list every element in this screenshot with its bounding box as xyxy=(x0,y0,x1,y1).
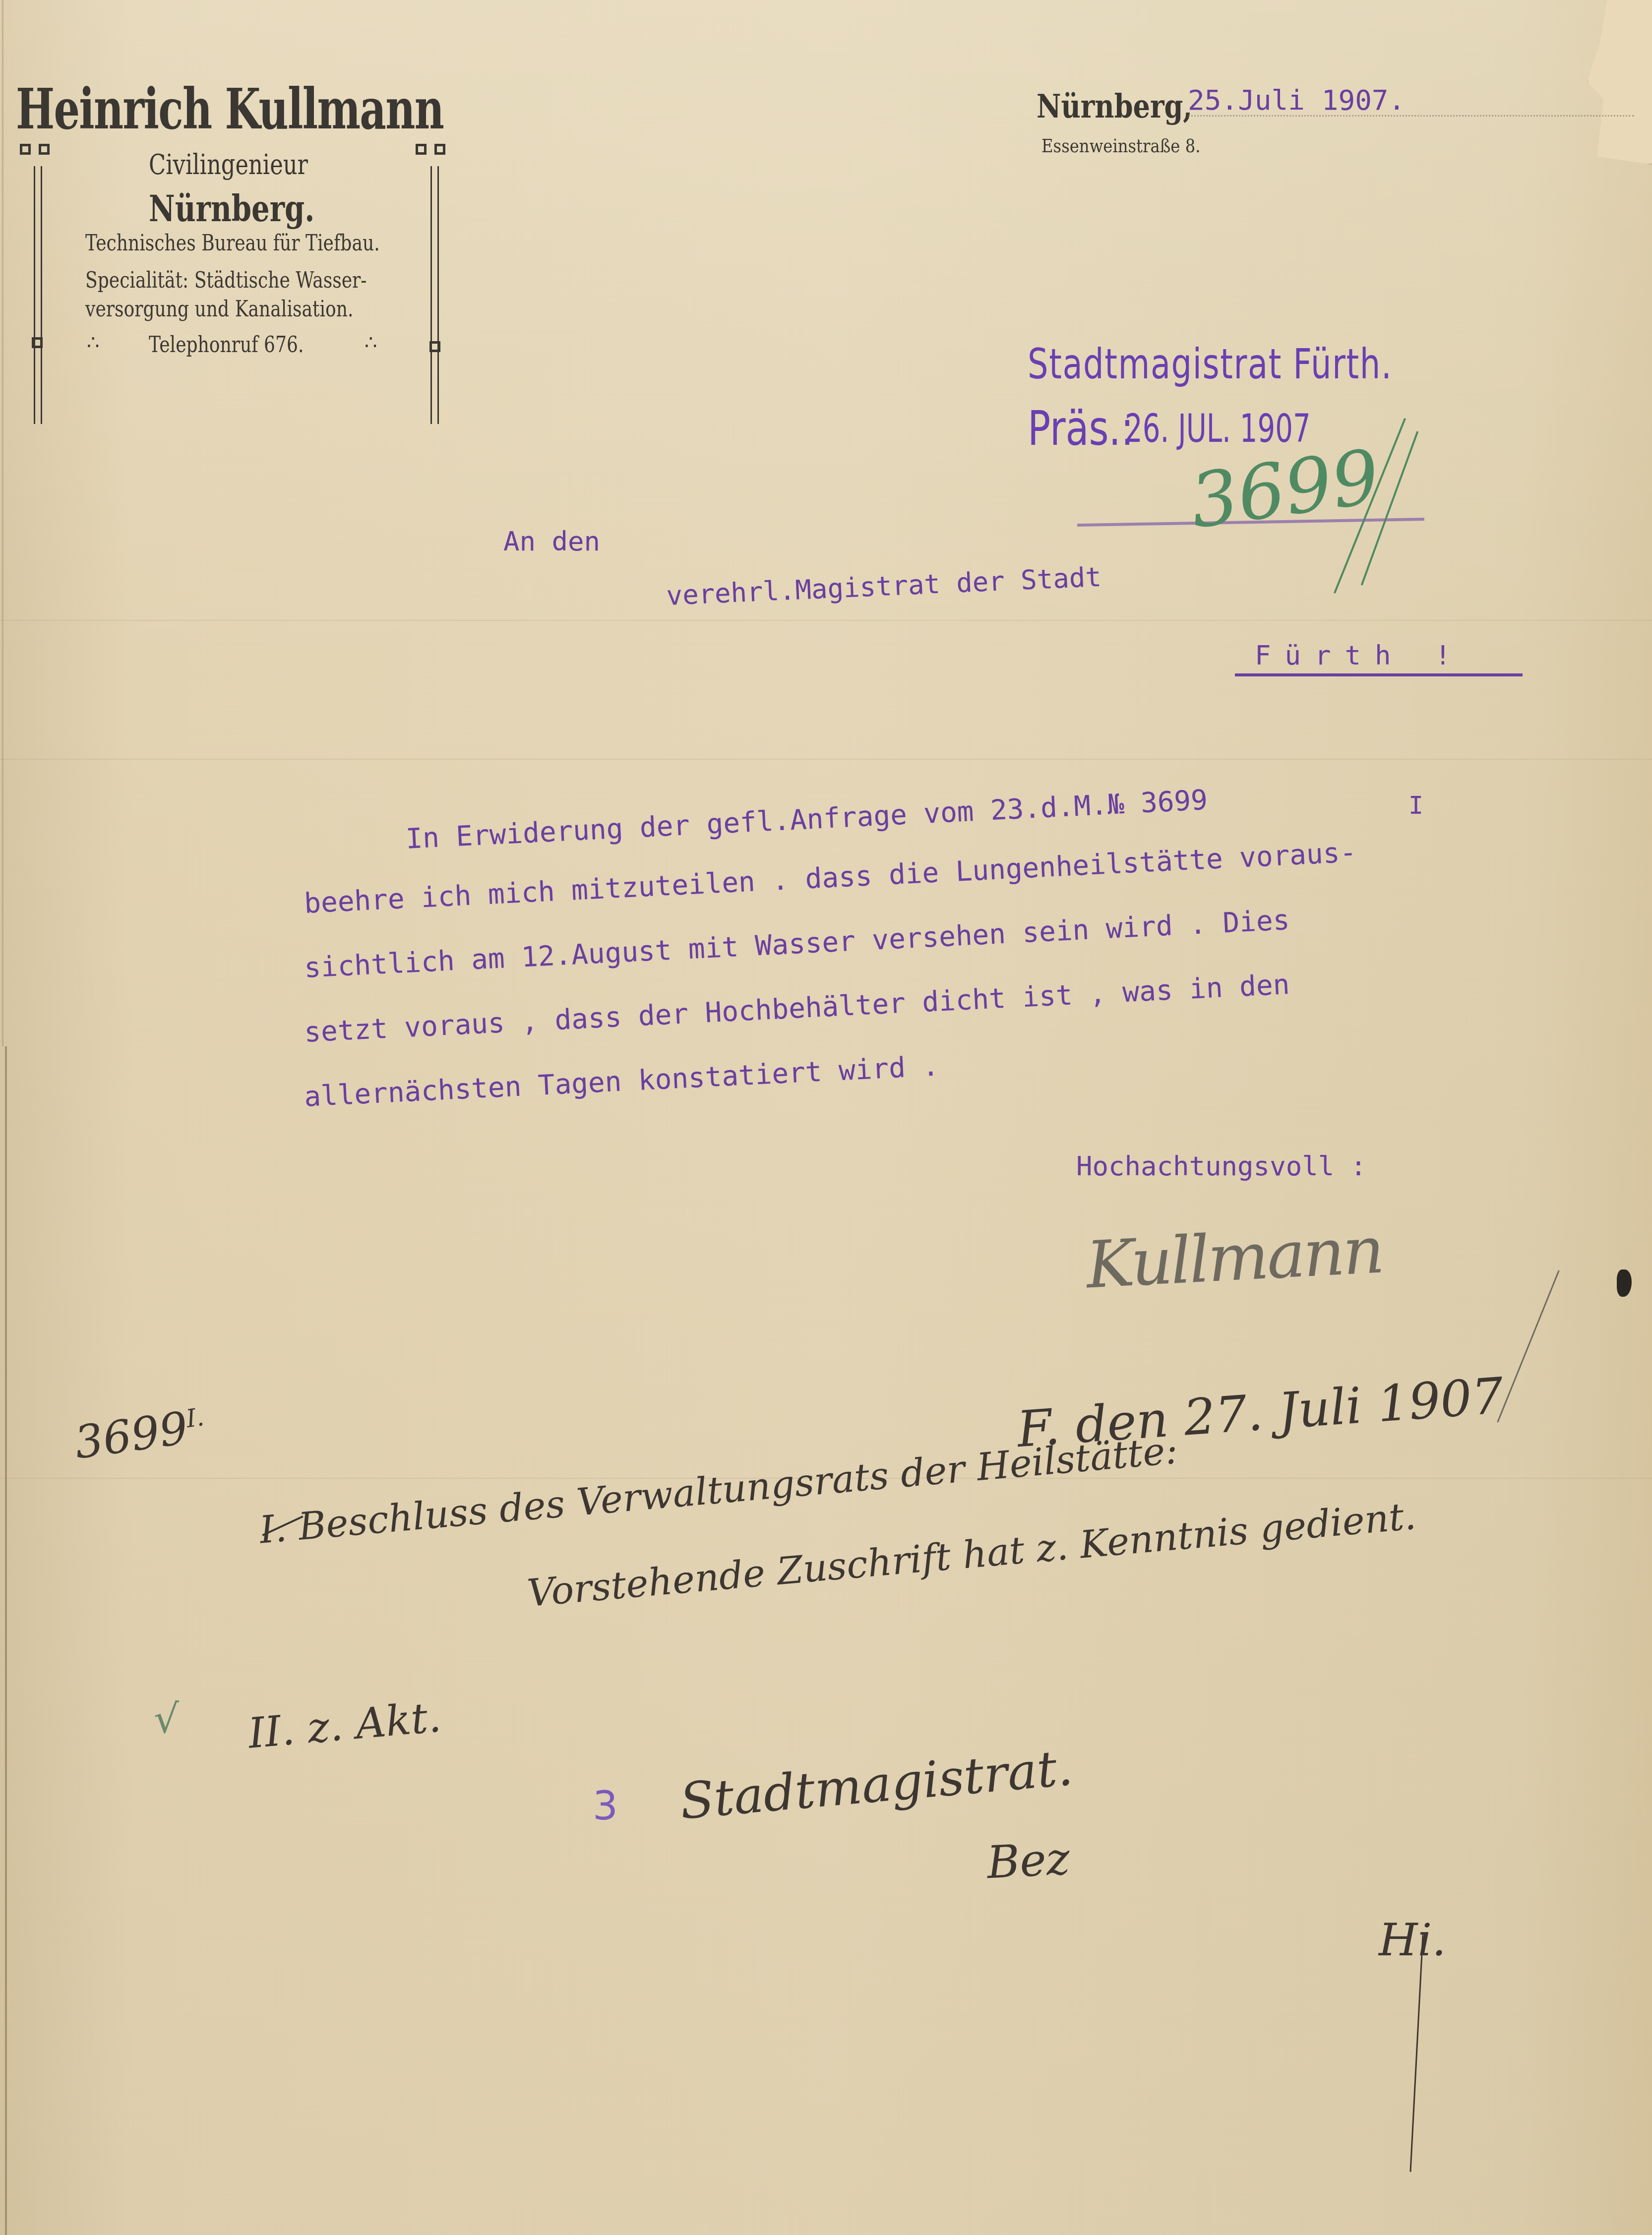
stamp-label: Präs.: xyxy=(1028,401,1134,456)
ornament-square-icon xyxy=(434,144,445,155)
ornament-square-icon xyxy=(416,144,427,155)
ornament-rule xyxy=(430,166,432,424)
letterhead-street: Essenweinstraße 8. xyxy=(1041,135,1201,157)
ornament-dots-icon: ∴ xyxy=(365,331,377,354)
letterhead-specialty: versorgung und Kanalisation. xyxy=(85,297,353,322)
stamp-authority: Stadtmagistrat Fürth. xyxy=(1028,340,1392,388)
annotation-initials: Hi. xyxy=(1379,1914,1446,1966)
address-underline xyxy=(1235,673,1523,676)
page-edge xyxy=(2,0,3,1046)
dotted-rule xyxy=(1188,115,1634,117)
closing-salutation: Hochachtungsvoll : xyxy=(1076,1150,1366,1182)
page-edge xyxy=(5,1046,7,2235)
letterhead-place: Nürnberg, xyxy=(1037,87,1192,125)
ornament-square-icon xyxy=(429,341,440,352)
ornament-rule xyxy=(34,166,35,424)
body-superscript: I xyxy=(1408,791,1423,820)
ornament-square-icon xyxy=(39,144,50,155)
ornament-rule xyxy=(41,166,42,424)
ornament-square-icon xyxy=(32,337,43,348)
letterhead-bureau: Technisches Bureau für Tiefbau. xyxy=(85,231,380,256)
letterhead-name: Heinrich Kullmann xyxy=(16,77,443,142)
letterhead-profession: Civilingenieur xyxy=(149,149,308,181)
letterhead-city: Nürnberg. xyxy=(149,187,314,230)
ornament-rule xyxy=(437,166,439,424)
check-mark-icon: √ xyxy=(154,1696,179,1742)
file-ref-suffix: I. xyxy=(184,1402,206,1433)
signature: Kullmann xyxy=(1084,1212,1384,1303)
stamp-date: 26. JUL. 1907 xyxy=(1125,407,1311,451)
letterhead-phone: Telephonruf 676. xyxy=(149,332,304,358)
address-line: An den xyxy=(503,526,600,557)
ornament-dots-icon: ∴ xyxy=(87,331,99,354)
letterhead-specialty: Specialität: Städtische Wasser- xyxy=(85,268,367,293)
letter-date: 25.Juli 1907. xyxy=(1188,84,1405,117)
ornament-square-icon xyxy=(20,144,31,155)
ruled-line xyxy=(0,759,1652,760)
stamp-number: 3 xyxy=(593,1783,618,1829)
address-city: Fürth ! xyxy=(1255,640,1465,671)
annotation-initials: Bez xyxy=(985,1833,1071,1889)
ruled-line xyxy=(0,620,1652,621)
